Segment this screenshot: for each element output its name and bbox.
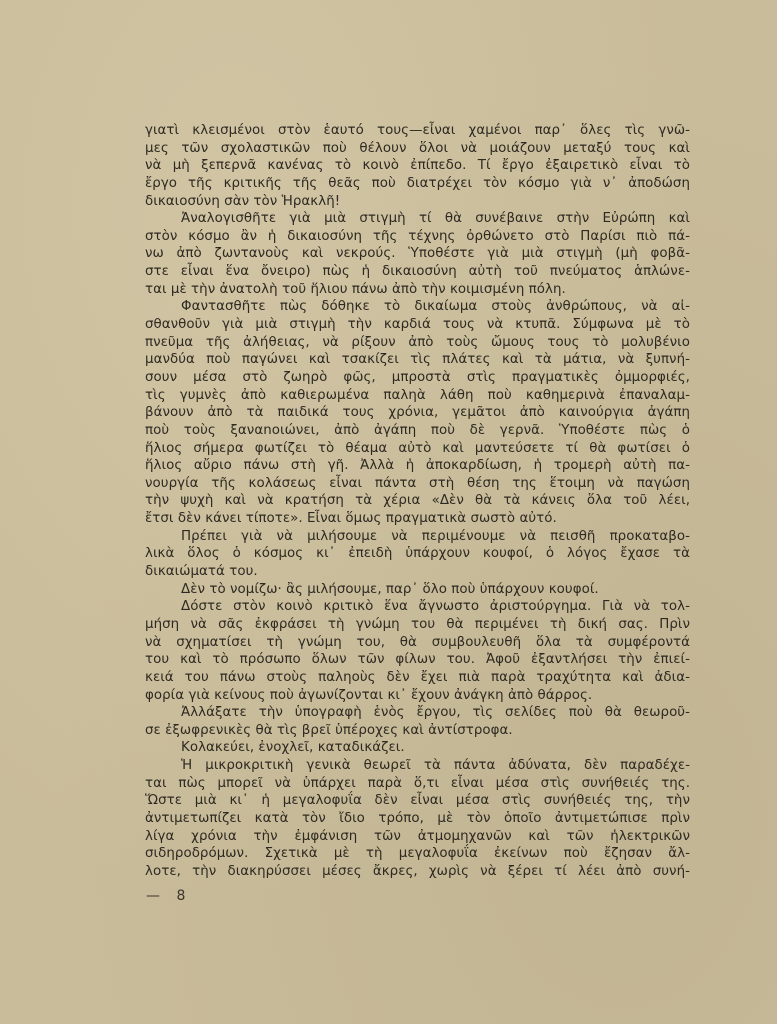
text-line: Πρέπει γιὰ νὰ μιλήσουμε νὰ περιμένουμε ν… xyxy=(145,528,690,546)
text-line: νουργία τῆς κολάσεως εἶναι πάντα στὴ θέσ… xyxy=(145,475,690,493)
text-line: φορία γιὰ κείνους ποὺ ἀγωνίζονται κι᾽ ἔχ… xyxy=(145,687,690,705)
text-line: ται μὲ τὴν ἀνατολὴ τοῦ ἥλιου πάνω ἀπὸ τὴ… xyxy=(145,281,690,299)
text-line: ποὺ τοὺς ξαναnοιώνει, ἀπὸ ἀγάπη ποὺ δὲ γ… xyxy=(145,422,690,440)
text-line: δικαιώματά του. xyxy=(145,563,690,581)
text-line: σουν μέσα στὸ ζωηρὸ φῶς, μπροστὰ στὶς πρ… xyxy=(145,369,690,387)
text-line: στὸν κόσμο ἂν ἡ δικαιοσύνη τῆς τέχνης ὀρ… xyxy=(145,228,690,246)
text-line: πνεῦμα τῆς ἀλήθειας, νὰ ρίξουν ἀπὸ τοὺς … xyxy=(145,334,690,352)
text-line: νω ἀπὸ ζωντανοὺς καὶ νεκρούς. Ὑποθέστε γ… xyxy=(145,245,690,263)
text-line: σιδηροδρόμων. Σχετικὰ μὲ τὴ μεγαλοφυΐα ἐ… xyxy=(145,845,690,863)
text-line: ἥλιος σήμερα φωτίζει τὸ θέαμα αὐτὸ καὶ μ… xyxy=(145,440,690,458)
body-text: γιατὶ κλεισμένοι στὸν ἑαυτό τους—εἶναι χ… xyxy=(145,122,690,881)
text-line: νὰ σχηματίσει τὴ γνώμη του, θὰ συμβουλευ… xyxy=(145,634,690,652)
text-line: σθανθοῦν γιὰ μιὰ στιγμὴ τὴν καρδιά τους … xyxy=(145,316,690,334)
text-line: λοτε, τὴν διακηρύσσει μέσες ἄκρες, χωρὶς… xyxy=(145,863,690,881)
text-line: δικαιοσύνη σὰν τὸν Ἡρακλῆ! xyxy=(145,193,690,211)
text-line: γιατὶ κλεισμένοι στὸν ἑαυτό τους—εἶναι χ… xyxy=(145,122,690,140)
text-line: Ἀλλάξατε τὴν ὑπογραφὴ ἑνὸς ἔργου, τὶς σε… xyxy=(145,704,690,722)
page-number: — 8 xyxy=(146,888,191,904)
text-line: ἔτσι δὲν κάνει τίποτε». Εἶναι ὅμως πραγμ… xyxy=(145,510,690,528)
text-line: Ἀναλογισθῆτε γιὰ μιὰ στιγμὴ τί θὰ συνέβα… xyxy=(145,210,690,228)
text-line: λικὰ ὅλος ὁ κόσμος κι᾽ ἐπειδὴ ὑπάρχουν κ… xyxy=(145,545,690,563)
text-line: τὶς γυμνὲς ἀπὸ καθιερωμένα παληὰ λάθη πο… xyxy=(145,387,690,405)
text-line: Δὲν τὸ νομίζω· ἂς μιλήσουμε, παρ᾽ ὅλο πο… xyxy=(145,581,690,599)
text-line: Δόστε στὸν κοινὸ κριτικὸ ἕνα ἄγνωστο ἀρι… xyxy=(145,598,690,616)
text-line: Ὥστε μιὰ κι᾽ ἡ μεγαλοφυΐα δὲν εἶναι μέσα… xyxy=(145,792,690,810)
text-line: ἀντιμετωπίζει κατὰ τὸν ἴδιο τρόπο, μὲ τὸ… xyxy=(145,810,690,828)
text-line: σε ἐξωφρενικὲς θὰ τὶς βρεῖ ὑπέροχες καὶ … xyxy=(145,722,690,740)
text-line: τὴν ψυχὴ καὶ νὰ κρατήση τὰ χέρια «Δὲν θὰ… xyxy=(145,492,690,510)
text-line: ἔργο τῆς κριτικῆς τῆς θεᾶς ποὺ διατρέχει… xyxy=(145,175,690,193)
text-line: λίγα χρόνια τὴν ἐμφάνιση τῶν ἀτμομηχανῶν… xyxy=(145,828,690,846)
text-line: ται πὼς μπορεῖ νὰ ὑπάρχει παρὰ ὅ,τι εἶνα… xyxy=(145,775,690,793)
text-line: κειά του πάνω στοὺς παληοὺς δὲν ἔχει πιὰ… xyxy=(145,669,690,687)
text-line: μες τῶν σχολαστικῶν ποὺ θέλουν ὅλοι νὰ μ… xyxy=(145,140,690,158)
text-line: βάνουν ἀπὸ τὰ παιδικά τους χρόνια, γεμᾶτ… xyxy=(145,404,690,422)
text-line: Κολακεύει, ἐνοχλεῖ, καταδικάζει. xyxy=(145,739,690,757)
text-line: στε εἶναι ἕνα ὄνειρο) πὼς ἡ δικαιοσύνη α… xyxy=(145,263,690,281)
text-line: Ἡ μικροκριτικὴ γενικὰ θεωρεῖ τὰ πάντα ἀδ… xyxy=(145,757,690,775)
text-line: μανδύα ποὺ παγώνει καὶ τσακίζει τὶς πλάτ… xyxy=(145,351,690,369)
text-line: μήση νὰ σᾶς ἐκφράσει τὴ γνώμη του θὰ περ… xyxy=(145,616,690,634)
text-line: Φαντασθῆτε πὼς δόθηκε τὸ δικαίωμα στοὺς … xyxy=(145,298,690,316)
text-line: νὰ μὴ ξεπερνᾶ κανένας τὸ κοινὸ ἐπίπεδο. … xyxy=(145,157,690,175)
text-line: ἥλιος αὔριο πάνω στὴ γῆ. Ἀλλὰ ἡ ἀποκαρδί… xyxy=(145,457,690,475)
scanned-book-page: γιατὶ κλεισμένοι στὸν ἑαυτό τους—εἶναι χ… xyxy=(0,0,777,1024)
text-line: του καὶ τὸ πρόσωπο ὅλων τῶν φίλων του. Ἀ… xyxy=(145,651,690,669)
